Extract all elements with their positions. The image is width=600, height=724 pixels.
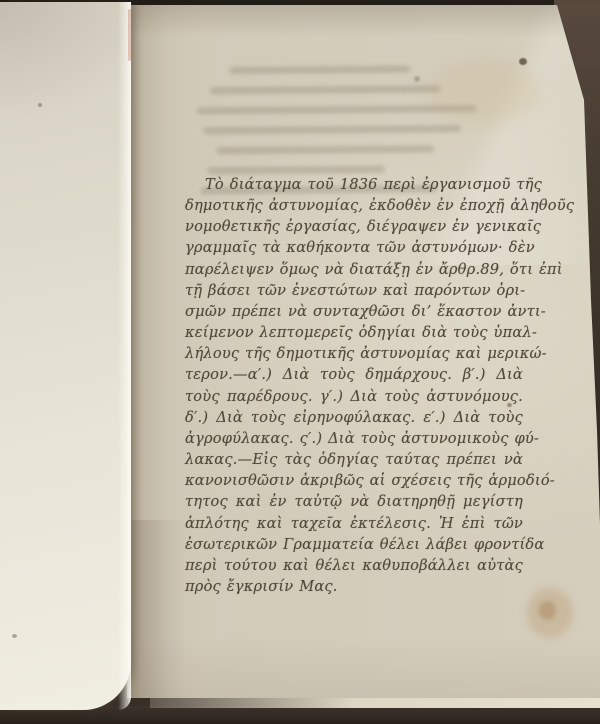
page-bottom-shadow bbox=[127, 636, 600, 698]
text-line: δημοτικῆς ἀστυνομίας, ἐκδοθὲν ἐν ἐποχῇ ἀ… bbox=[185, 195, 523, 216]
bleed-through-line bbox=[229, 66, 411, 75]
bleed-through-line bbox=[216, 145, 434, 154]
gutter-shadow bbox=[127, 520, 185, 698]
bleed-through-line bbox=[209, 85, 440, 94]
book-photo: Τὸ διάταγμα τοῦ 1836 περὶ ἐργανισμοῦ τῆς… bbox=[0, 0, 600, 724]
text-line: κανονισθῶσιν ἀκριβῶς αἱ σχέσεις τῆς ἁρμο… bbox=[185, 470, 523, 491]
text-line: πρὸς ἔγκρισίν Μας. bbox=[185, 576, 523, 597]
text-line: λακας.—Εἰς τὰς ὁδηγίας ταύτας πρέπει νὰ bbox=[185, 449, 523, 470]
text-line: ἐσωτερικῶν Γραμματεία θέλει λάβει φροντί… bbox=[185, 534, 523, 555]
printed-text-block: Τὸ διάταγμα τοῦ 1836 περὶ ἐργανισμοῦ τῆς… bbox=[185, 174, 523, 597]
text-line: ἁπλότης καὶ ταχεῖα ἐκτέλεσις. Ἡ ἐπὶ τῶν bbox=[185, 513, 523, 534]
text-line: παρέλειψεν ὅμως νὰ διατάξῃ ἐν ἄρθρ.89, ὅ… bbox=[185, 259, 523, 280]
text-line: νομοθετικῆς ἐργασίας, διέγραψεν ἐν γενικ… bbox=[185, 216, 523, 237]
page-top-shadow bbox=[127, 5, 600, 37]
page-edge-sliver bbox=[128, 9, 131, 61]
text-line: σμῶν πρέπει νὰ συνταχθῶσι δι’ ἕκαστον ἀν… bbox=[185, 301, 523, 322]
text-line: τερον.—α′.) Διὰ τοὺς δημάρχους. β′.) Διὰ bbox=[185, 364, 523, 385]
bleed-through-line bbox=[196, 105, 477, 114]
text-line: τητος καὶ ἐν ταὐτῷ νὰ διατηρηθῇ μεγίστη bbox=[185, 491, 523, 512]
text-line: γραμμαῖς τὰ καθήκοντα τῶν ἀστυνόμων· δὲν bbox=[185, 237, 523, 258]
facing-page bbox=[0, 2, 131, 710]
text-line: λήλους τῆς δημοτικῆς ἀστυνομίας καὶ μερι… bbox=[185, 343, 523, 364]
text-line: περὶ τούτου καὶ θέλει καθυποβάλλει αὐτὰς bbox=[185, 555, 523, 576]
text-line: κείμενον λεπτομερεῖς ὁδηγίαι διὰ τοὺς ὑπ… bbox=[185, 322, 523, 343]
text-line: τῇ βάσει τῶν ἐνεστώτων καὶ παρόντων ὁρι- bbox=[185, 280, 523, 301]
text-line: τοὺς παρέδρους. γ′.) Διὰ τοὺς ἀστυνόμους… bbox=[185, 386, 523, 407]
bleed-through-line bbox=[207, 166, 385, 175]
text-line: δ′.) Διὰ τοὺς εἰρηνοφύλακας. ε′.) Διὰ το… bbox=[185, 407, 523, 428]
bleed-through-line bbox=[203, 125, 460, 134]
text-line: ἀγροφύλακας. ς′.) Διὰ τοὺς ἀστυνομικοὺς … bbox=[185, 428, 523, 449]
text-line: Τὸ διάταγμα τοῦ 1836 περὶ ἐργανισμοῦ τῆς bbox=[185, 174, 523, 195]
page-fore-edges bbox=[150, 698, 600, 708]
